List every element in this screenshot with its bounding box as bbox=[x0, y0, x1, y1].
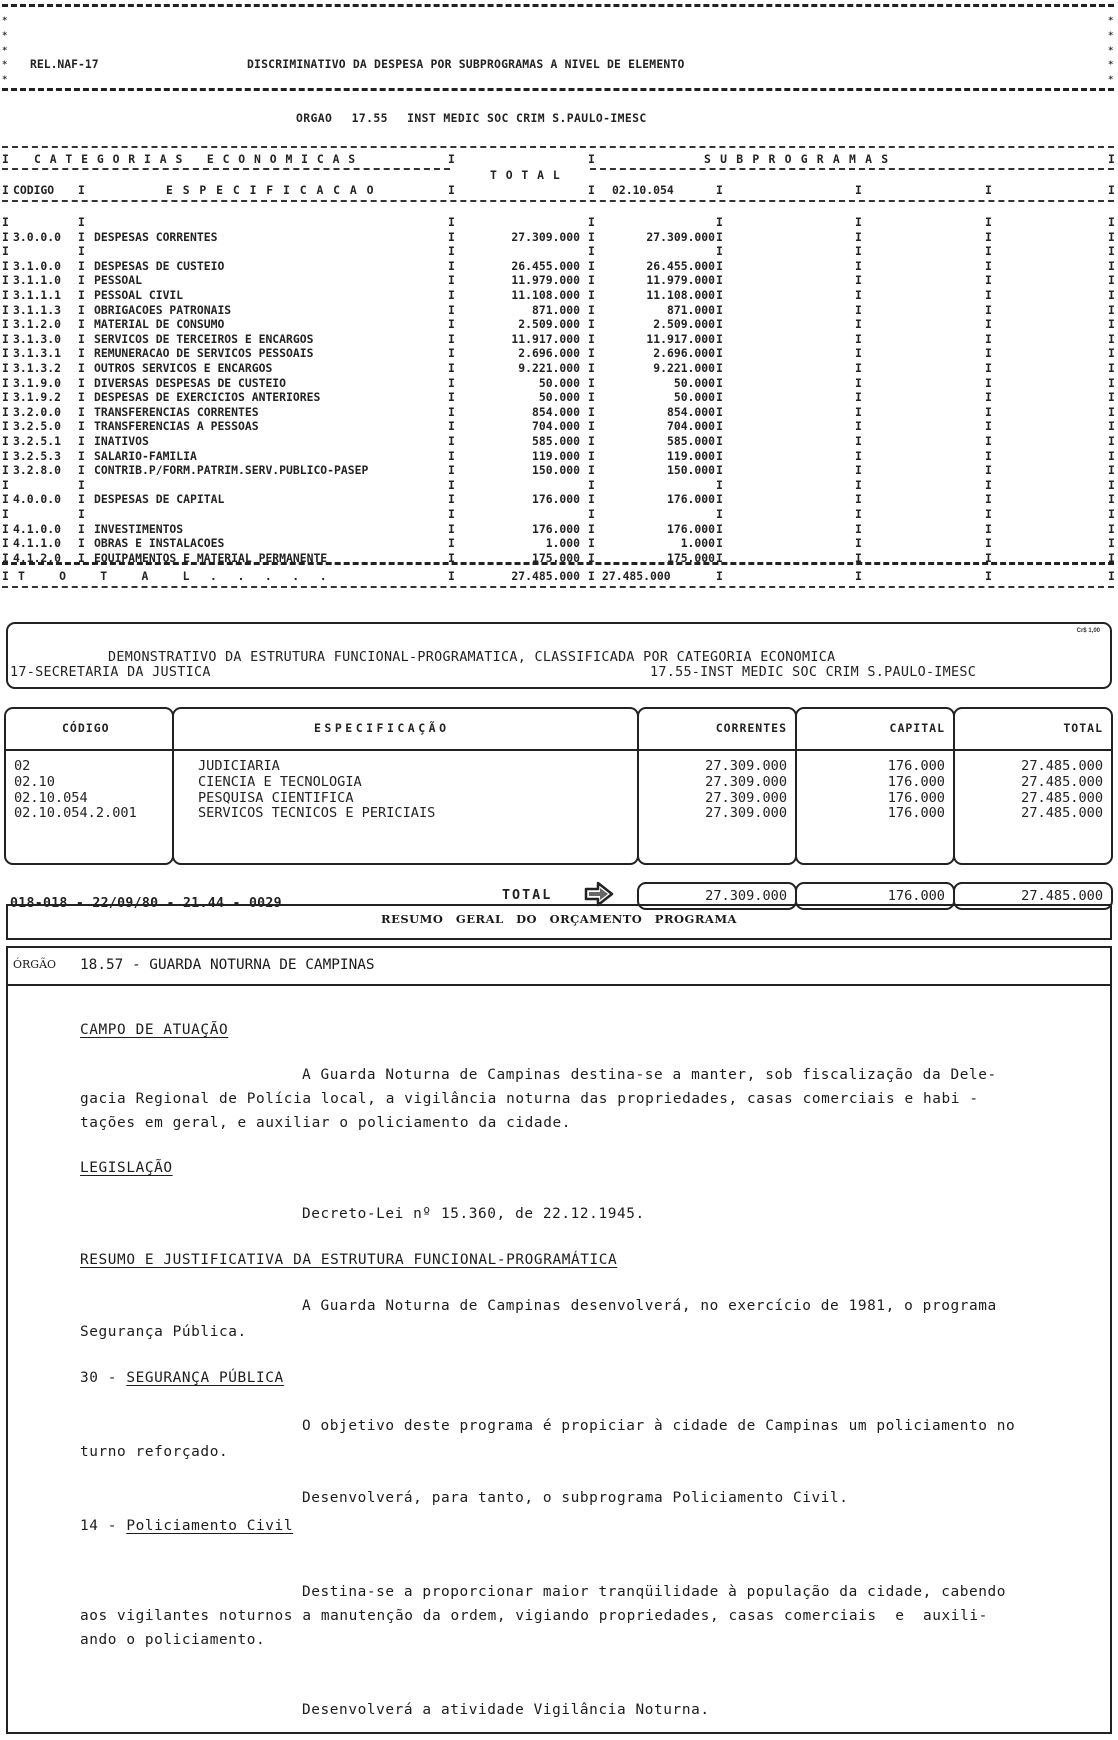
col-sep: I bbox=[985, 390, 992, 405]
col-sep: I bbox=[448, 507, 455, 522]
table-row: I3.1.3.2IOUTROS SERVICOS E ENCARGOSI9.22… bbox=[0, 361, 1118, 376]
col-sep: I bbox=[716, 449, 723, 464]
total-correntes: 27.309.000 bbox=[705, 888, 787, 904]
row-subprogram-value: 871.000 bbox=[590, 303, 715, 318]
orgao-value: 18.57 - GUARDA NOTURNA DE CAMPINAS bbox=[80, 957, 375, 973]
row-code: 4.1.1.0 bbox=[13, 536, 61, 551]
col-sep: I bbox=[448, 376, 455, 391]
col-sep: I bbox=[985, 405, 992, 420]
col-sep: I bbox=[448, 346, 455, 361]
row-total: 50.000 bbox=[460, 376, 580, 391]
col-sep: I bbox=[2, 390, 9, 405]
col-sep: I bbox=[716, 522, 723, 537]
col-sep: I bbox=[1108, 419, 1115, 434]
table-row: IIIIIIII bbox=[0, 244, 1118, 259]
row-subprogram-value: 1.000 bbox=[590, 536, 715, 551]
row-total: 2.509.000 bbox=[460, 317, 580, 332]
demonstrativo-especificacao-cell: SERVICOS TECNICOS E PERICIAIS bbox=[198, 806, 435, 822]
col-sep: I bbox=[1108, 492, 1115, 507]
row-total: 704.000 bbox=[460, 419, 580, 434]
col-sep: I bbox=[985, 303, 992, 318]
col-sep: I bbox=[78, 303, 85, 318]
report-orgao: ORGAO 17.55 INST MEDIC SOC CRIM S.PAULO-… bbox=[296, 111, 659, 125]
row-code: 3.2.5.1 bbox=[13, 434, 61, 449]
col-sep: I bbox=[78, 215, 85, 230]
especificacao-values: JUDICIARIACIENCIA E TECNOLOGIAPESQUISA C… bbox=[198, 759, 435, 822]
border-star: * bbox=[1108, 31, 1113, 41]
row-code: 3.1.3.1 bbox=[13, 346, 61, 361]
table-row: I3.1.1.0IPESSOALI11.979.000I11.979.000II… bbox=[0, 273, 1118, 288]
col-sep: I bbox=[716, 215, 723, 230]
subprograma-heading: 14 - Policiamento Civil bbox=[80, 1518, 293, 1534]
row-total: 2.696.000 bbox=[460, 346, 580, 361]
atividade: Desenvolverá a atividade Vigilância Notu… bbox=[302, 1702, 710, 1718]
table-header-row-1: I C A T E G O R I A S E C O N O M I C A … bbox=[0, 152, 1118, 168]
col-sep: I bbox=[1108, 259, 1115, 274]
column-divider bbox=[639, 749, 795, 751]
row-description: DESPESAS DE EXERCICIOS ANTERIORES bbox=[94, 390, 320, 405]
row-total: 585.000 bbox=[460, 434, 580, 449]
row-description: OUTROS SERVICOS E ENCARGOS bbox=[94, 361, 272, 376]
secretaria: 17-SECRETARIA DA JUSTICA bbox=[10, 665, 211, 680]
total-label: T O T A L . . . . . bbox=[18, 568, 327, 584]
col-sep: I bbox=[716, 183, 723, 197]
col-sep: I bbox=[985, 536, 992, 551]
col-sep: I bbox=[448, 317, 455, 332]
total-value: 27.485.000 bbox=[460, 568, 580, 584]
subprograma-line: Destina-se a proporcionar maior tranqüil… bbox=[302, 1584, 1006, 1600]
star-border-top bbox=[2, 4, 1114, 7]
col-sep: I bbox=[2, 303, 9, 318]
border-star: * bbox=[2, 31, 7, 41]
row-subprogram-value: 854.000 bbox=[590, 405, 715, 420]
col-sep: I bbox=[1108, 507, 1115, 522]
campo-line: gacia Regional de Polícia local, a vigil… bbox=[80, 1091, 979, 1107]
column-divider bbox=[174, 749, 637, 751]
col-sep: I bbox=[1108, 273, 1115, 288]
programa-line: O objetivo deste programa é propiciar à … bbox=[302, 1418, 1015, 1434]
row-code: 3.2.5.3 bbox=[13, 449, 61, 464]
programa-line: turno reforçado. bbox=[80, 1444, 228, 1460]
col-sep: I bbox=[716, 478, 723, 493]
table-row: I3.2.5.0ITRANSFERENCIAS A PESSOASI704.00… bbox=[0, 419, 1118, 434]
report-title: DISCRIMINATIVO DA DESPESA POR SUBPROGRAM… bbox=[247, 57, 685, 71]
col-sep: I bbox=[448, 536, 455, 551]
programa-sub: Desenvolverá, para tanto, o subprograma … bbox=[302, 1490, 849, 1506]
col-sep: I bbox=[985, 419, 992, 434]
table-row: I4.1.0.0IINVESTIMENTOSI176.000I176.000II… bbox=[0, 522, 1118, 537]
report-total-row: I T O T A L . . . . . I 27.485.000 I 27.… bbox=[0, 568, 1118, 584]
row-total: 26.455.000 bbox=[460, 259, 580, 274]
col-sep: I bbox=[2, 536, 9, 551]
col-sep: I bbox=[985, 332, 992, 347]
table-row: I3.2.8.0ICONTRIB.P/FORM.PATRIM.SERV.PUBL… bbox=[0, 463, 1118, 478]
col-sep: I bbox=[855, 568, 862, 584]
row-code: 3.0.0.0 bbox=[13, 230, 61, 245]
especificacao-header: ESPECIFICAÇÃO bbox=[314, 721, 450, 735]
col-sep: I bbox=[855, 478, 862, 493]
col-sep: I bbox=[448, 361, 455, 376]
col-sep: I bbox=[78, 244, 85, 259]
row-description: DESPESAS DE CAPITAL bbox=[94, 492, 224, 507]
col-sep: I bbox=[716, 492, 723, 507]
row-description: OBRIGACOES PATRONAIS bbox=[94, 303, 231, 318]
col-sep: I bbox=[2, 273, 9, 288]
campo-line: tações em geral, e auxiliar o policiamen… bbox=[80, 1115, 571, 1131]
col-sep: I bbox=[78, 405, 85, 420]
subprograma-line: ando o policiamento. bbox=[80, 1632, 265, 1648]
table-row: I3.1.9.2IDESPESAS DE EXERCICIOS ANTERIOR… bbox=[0, 390, 1118, 405]
demonstrativo-especificacao-cell: CIENCIA E TECNOLOGIA bbox=[198, 775, 435, 791]
row-total: 9.221.000 bbox=[460, 361, 580, 376]
col-sep: I bbox=[2, 346, 9, 361]
header-total: T O T A L bbox=[490, 168, 561, 182]
row-total: 11.108.000 bbox=[460, 288, 580, 303]
table-row: IIIIIIII bbox=[0, 478, 1118, 493]
report-id: REL.NAF-17 bbox=[30, 57, 99, 71]
col-sep: I bbox=[1108, 215, 1115, 230]
col-sep: I bbox=[855, 346, 862, 361]
col-sep: I bbox=[448, 522, 455, 537]
border-star: * bbox=[1108, 60, 1113, 70]
row-code: 3.2.0.0 bbox=[13, 405, 61, 420]
header-subprogram-code: 02.10.054 bbox=[612, 183, 674, 197]
col-sep: I bbox=[2, 405, 9, 420]
col-sep: I bbox=[448, 303, 455, 318]
correntes-column: CORRENTES 27.309.00027.309.00027.309.000… bbox=[637, 707, 797, 865]
col-sep: I bbox=[588, 244, 595, 259]
col-sep: I bbox=[78, 332, 85, 347]
row-total: 1.000 bbox=[460, 536, 580, 551]
row-code: 3.2.5.0 bbox=[13, 419, 61, 434]
border-star: * bbox=[2, 46, 7, 56]
capital-column: CAPITAL 176.000176.000176.000176.000 bbox=[795, 707, 955, 865]
total-values: 27.485.00027.485.00027.485.00027.485.000 bbox=[1021, 759, 1103, 822]
table-row: I3.0.0.0IDESPESAS CORRENTESI27.309.000I2… bbox=[0, 230, 1118, 245]
row-description: PESSOAL bbox=[94, 273, 142, 288]
col-sep: I bbox=[78, 419, 85, 434]
legislacao-title: LEGISLAÇÃO bbox=[80, 1160, 173, 1176]
row-description: REMUNERACAO DE SERVICOS PESSOAIS bbox=[94, 346, 313, 361]
campo-title: CAMPO DE ATUAÇÃO bbox=[80, 1022, 228, 1038]
col-sep: I bbox=[2, 568, 9, 584]
table-row: IIIIIIII bbox=[0, 507, 1118, 522]
col-sep: I bbox=[1108, 522, 1115, 537]
codigo-header: CÓDIGO bbox=[62, 721, 110, 735]
table-row: I4.0.0.0IDESPESAS DE CAPITALI176.000I176… bbox=[0, 492, 1118, 507]
col-sep: I bbox=[716, 568, 723, 584]
row-code: 3.1.3.2 bbox=[13, 361, 61, 376]
row-total: 119.000 bbox=[460, 449, 580, 464]
table-row: I4.1.1.0IOBRAS E INSTALACOESI1.000I1.000… bbox=[0, 536, 1118, 551]
legislacao-text: Decreto-Lei nº 15.360, de 22.12.1945. bbox=[302, 1206, 645, 1222]
col-sep: I bbox=[448, 230, 455, 245]
col-sep: I bbox=[985, 259, 992, 274]
table-rule bbox=[2, 146, 1114, 148]
col-sep: I bbox=[716, 288, 723, 303]
col-sep: I bbox=[2, 507, 9, 522]
demonstrativo-capital-cell: 176.000 bbox=[888, 775, 945, 791]
demonstrativo-correntes-cell: 27.309.000 bbox=[705, 791, 787, 807]
col-sep: I bbox=[1108, 361, 1115, 376]
col-sep: I bbox=[78, 259, 85, 274]
col-sep: I bbox=[78, 376, 85, 391]
col-sep: I bbox=[855, 405, 862, 420]
programa-title: SEGURANÇA PÚBLICA bbox=[126, 1370, 284, 1386]
row-code: 3.1.1.0 bbox=[13, 273, 61, 288]
col-sep: I bbox=[985, 361, 992, 376]
col-sep: I bbox=[1108, 376, 1115, 391]
col-sep: I bbox=[716, 244, 723, 259]
col-sep: I bbox=[855, 183, 862, 197]
col-sep: I bbox=[448, 244, 455, 259]
codigo-column: CÓDIGO 0202.1002.10.05402.10.054.2.001 bbox=[4, 707, 174, 865]
col-sep: I bbox=[588, 568, 595, 584]
col-sep: I bbox=[1108, 568, 1115, 584]
col-sep: I bbox=[2, 449, 9, 464]
col-sep: I bbox=[588, 152, 595, 166]
col-sep: I bbox=[2, 419, 9, 434]
col-sep: I bbox=[78, 478, 85, 493]
row-total: 27.309.000 bbox=[460, 230, 580, 245]
col-sep: I bbox=[78, 463, 85, 478]
row-subprogram-value: 2.509.000 bbox=[590, 317, 715, 332]
col-sep: I bbox=[78, 288, 85, 303]
demonstrativo-title: DEMONSTRATIVO DA ESTRUTURA FUNCIONAL-PRO… bbox=[108, 650, 835, 665]
col-sep: I bbox=[2, 183, 9, 197]
col-sep: I bbox=[985, 317, 992, 332]
col-sep: I bbox=[1108, 434, 1115, 449]
correntes-values: 27.309.00027.309.00027.309.00027.309.000 bbox=[705, 759, 787, 822]
table-row: I3.2.0.0ITRANSFERENCIAS CORRENTESI854.00… bbox=[0, 405, 1118, 420]
row-description: INATIVOS bbox=[94, 434, 149, 449]
col-sep: I bbox=[448, 183, 455, 197]
col-sep: I bbox=[985, 376, 992, 391]
table-row: I3.1.3.0ISERVICOS DE TERCEIROS E ENCARGO… bbox=[0, 332, 1118, 347]
col-sep: I bbox=[855, 419, 862, 434]
border-star: * bbox=[1108, 16, 1113, 26]
table-row: I3.1.2.0IMATERIAL DE CONSUMOI2.509.000I2… bbox=[0, 317, 1118, 332]
justificativa-title: RESUMO E JUSTIFICATIVA DA ESTRUTURA FUNC… bbox=[80, 1252, 617, 1268]
row-description: DIVERSAS DESPESAS DE CUSTEIO bbox=[94, 376, 286, 391]
row-total: 150.000 bbox=[460, 463, 580, 478]
row-subprogram-value: 2.696.000 bbox=[590, 346, 715, 361]
programa-heading: 30 - SEGURANÇA PÚBLICA bbox=[80, 1370, 284, 1386]
row-code: 3.1.2.0 bbox=[13, 317, 61, 332]
subprograma-number: 14 - bbox=[80, 1518, 126, 1534]
col-sep: I bbox=[2, 244, 9, 259]
col-sep: I bbox=[78, 492, 85, 507]
col-sep: I bbox=[1108, 288, 1115, 303]
col-sep: I bbox=[78, 390, 85, 405]
col-sep: I bbox=[855, 317, 862, 332]
table-row: IIIIIIII bbox=[0, 215, 1118, 230]
col-sep: I bbox=[855, 522, 862, 537]
col-sep: I bbox=[2, 376, 9, 391]
capital-header: CAPITAL bbox=[890, 721, 945, 735]
demonstrativo-capital-cell: 176.000 bbox=[888, 791, 945, 807]
row-subprogram-value: 704.000 bbox=[590, 419, 715, 434]
border-star: * bbox=[2, 16, 7, 26]
col-sep: I bbox=[985, 507, 992, 522]
col-sep: I bbox=[855, 449, 862, 464]
col-sep: I bbox=[78, 449, 85, 464]
row-code: 4.0.0.0 bbox=[13, 492, 61, 507]
col-sep: I bbox=[78, 317, 85, 332]
row-subprogram-value: 11.979.000 bbox=[590, 273, 715, 288]
total-header: TOTAL bbox=[1063, 721, 1103, 735]
border-star: * bbox=[1108, 46, 1113, 56]
col-sep: I bbox=[716, 332, 723, 347]
col-sep: I bbox=[78, 183, 85, 197]
table-rule bbox=[2, 200, 1114, 202]
totals-label: TOTAL bbox=[502, 888, 552, 903]
col-sep: I bbox=[985, 346, 992, 361]
col-sep: I bbox=[1108, 303, 1115, 318]
correntes-header: CORRENTES bbox=[716, 721, 787, 735]
col-sep: I bbox=[985, 478, 992, 493]
col-sep: I bbox=[985, 522, 992, 537]
border-star: * bbox=[2, 60, 7, 70]
col-sep: I bbox=[855, 244, 862, 259]
col-sep: I bbox=[855, 507, 862, 522]
capital-values: 176.000176.000176.000176.000 bbox=[888, 759, 945, 822]
col-sep: I bbox=[716, 419, 723, 434]
col-sep: I bbox=[1108, 244, 1115, 259]
column-divider bbox=[955, 749, 1111, 751]
row-description: OBRAS E INSTALACOES bbox=[94, 536, 224, 551]
col-sep: I bbox=[448, 568, 455, 584]
programa-number: 30 - bbox=[80, 1370, 126, 1386]
col-sep: I bbox=[2, 522, 9, 537]
star-border-bottom bbox=[2, 88, 1114, 91]
col-sep: I bbox=[716, 317, 723, 332]
col-sep: I bbox=[78, 434, 85, 449]
col-sep: I bbox=[716, 346, 723, 361]
col-sep: I bbox=[985, 434, 992, 449]
total-capital: 176.000 bbox=[888, 888, 945, 904]
row-description: TRANSFERENCIAS CORRENTES bbox=[94, 405, 259, 420]
header-subprogramas: S U B P R O G R A M A S bbox=[704, 152, 889, 166]
row-description: INVESTIMENTOS bbox=[94, 522, 183, 537]
row-subprogram-value: 50.000 bbox=[590, 390, 715, 405]
demonstrativo-capital-cell: 176.000 bbox=[888, 806, 945, 822]
col-sep: I bbox=[448, 332, 455, 347]
row-code: 3.1.0.0 bbox=[13, 259, 61, 274]
col-sep: I bbox=[716, 361, 723, 376]
row-subprogram-value: 9.221.000 bbox=[590, 361, 715, 376]
col-sep: I bbox=[448, 152, 455, 166]
col-sep: I bbox=[588, 215, 595, 230]
col-sep: I bbox=[855, 259, 862, 274]
row-code: 4.1.0.0 bbox=[13, 522, 61, 537]
demonstrativo-capital-cell: 176.000 bbox=[888, 759, 945, 775]
col-sep: I bbox=[2, 259, 9, 274]
row-description: SERVICOS DE TERCEIROS E ENCARGOS bbox=[94, 332, 313, 347]
table-rule bbox=[2, 586, 1114, 588]
col-sep: I bbox=[588, 478, 595, 493]
row-total: 50.000 bbox=[460, 390, 580, 405]
col-sep: I bbox=[1108, 332, 1115, 347]
col-sep: I bbox=[2, 492, 9, 507]
row-code: 3.1.9.2 bbox=[13, 390, 61, 405]
col-sep: I bbox=[855, 230, 862, 245]
header-categorias: C A T E G O R I A S E C O N O M I C A S bbox=[34, 152, 356, 166]
col-sep: I bbox=[2, 332, 9, 347]
orgao-label: ÓRGÃO bbox=[13, 958, 56, 971]
col-sep: I bbox=[588, 183, 595, 197]
row-code: 3.1.1.3 bbox=[13, 303, 61, 318]
col-sep: I bbox=[716, 303, 723, 318]
unidade: 17.55-INST MEDIC SOC CRIM S.PAULO-IMESC bbox=[650, 665, 976, 680]
col-sep: I bbox=[1108, 317, 1115, 332]
col-sep: I bbox=[448, 463, 455, 478]
table-row: I3.2.5.3ISALARIO-FAMILIAI119.000I119.000… bbox=[0, 449, 1118, 464]
col-sep: I bbox=[985, 244, 992, 259]
col-sep: I bbox=[448, 390, 455, 405]
table-rule bbox=[2, 168, 450, 170]
row-description: PESSOAL CIVIL bbox=[94, 288, 183, 303]
demonstrativo-total-cell: 27.485.000 bbox=[1021, 775, 1103, 791]
col-sep: I bbox=[855, 361, 862, 376]
col-sep: I bbox=[2, 317, 9, 332]
row-code: 3.1.3.0 bbox=[13, 332, 61, 347]
col-sep: I bbox=[716, 376, 723, 391]
row-total: 176.000 bbox=[460, 522, 580, 537]
demonstrativo-total-cell: 27.485.000 bbox=[1021, 806, 1103, 822]
col-sep: I bbox=[448, 288, 455, 303]
table-row: I3.1.3.1IREMUNERACAO DE SERVICOS PESSOAI… bbox=[0, 346, 1118, 361]
col-sep: I bbox=[78, 346, 85, 361]
resumo-header: RESUMO GERAL DO ORÇAMENTO PROGRAMA bbox=[0, 912, 1118, 926]
col-sep: I bbox=[448, 405, 455, 420]
col-sep: I bbox=[448, 259, 455, 274]
col-sep: I bbox=[1108, 478, 1115, 493]
demonstrativo-codigo-cell: 02 bbox=[14, 759, 137, 775]
col-sep: I bbox=[855, 215, 862, 230]
col-sep: I bbox=[78, 536, 85, 551]
col-sep: I bbox=[2, 361, 9, 376]
col-sep: I bbox=[448, 449, 455, 464]
justificativa-line: A Guarda Noturna de Campinas desenvolver… bbox=[302, 1298, 997, 1314]
especificacao-column: ESPECIFICAÇÃO JUDICIARIACIENCIA E TECNOL… bbox=[172, 707, 639, 865]
campo-line: A Guarda Noturna de Campinas destina-se … bbox=[302, 1067, 997, 1083]
codigo-values: 0202.1002.10.05402.10.054.2.001 bbox=[14, 759, 137, 822]
demonstrativo-especificacao-cell: PESQUISA CIENTIFICA bbox=[198, 791, 435, 807]
col-sep: I bbox=[1108, 449, 1115, 464]
col-sep: I bbox=[1108, 463, 1115, 478]
col-sep: I bbox=[78, 361, 85, 376]
row-subprogram-value: 150.000 bbox=[590, 463, 715, 478]
col-sep: I bbox=[716, 259, 723, 274]
col-sep: I bbox=[716, 536, 723, 551]
table-row: I3.1.1.3IOBRIGACOES PATRONAISI871.000I87… bbox=[0, 303, 1118, 318]
demonstrativo-correntes-cell: 27.309.000 bbox=[705, 775, 787, 791]
table-row: I3.1.1.1IPESSOAL CIVILI11.108.000I11.108… bbox=[0, 288, 1118, 303]
col-sep: I bbox=[2, 230, 9, 245]
col-sep: I bbox=[716, 434, 723, 449]
demonstrativo-especificacao-cell: JUDICIARIA bbox=[198, 759, 435, 775]
col-sep: I bbox=[855, 303, 862, 318]
subprograma-line: aos vigilantes noturnos a manutenção da … bbox=[80, 1608, 988, 1624]
table-row: I3.1.9.0IDIVERSAS DESPESAS DE CUSTEIOI50… bbox=[0, 376, 1118, 391]
col-sep: I bbox=[985, 230, 992, 245]
col-sep: I bbox=[716, 273, 723, 288]
col-sep: I bbox=[985, 568, 992, 584]
col-sep: I bbox=[2, 478, 9, 493]
demonstrativo-codigo-cell: 02.10.054.2.001 bbox=[14, 806, 137, 822]
row-subprogram-value: 26.455.000 bbox=[590, 259, 715, 274]
